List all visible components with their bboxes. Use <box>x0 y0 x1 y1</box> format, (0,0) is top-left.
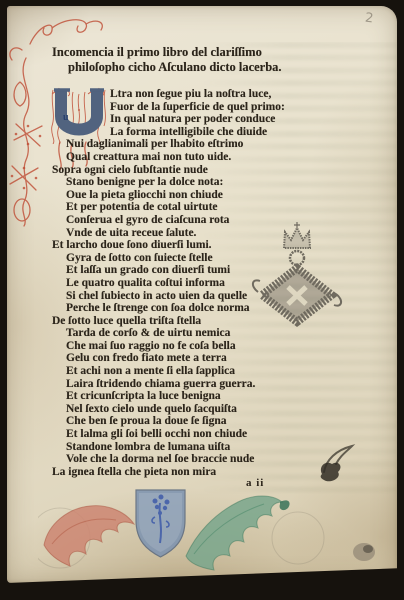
poem-line: Laira ſtridendo chiama guerra guerra. <box>52 378 285 391</box>
photo-background: 2 <box>0 0 404 600</box>
poem-line: Et cricunſcripta la luce benigna <box>52 390 285 403</box>
poem-line: Et per potentia de cotal uirtute <box>52 201 285 214</box>
poem-line: Standone lombra de lumana uiſta <box>52 441 285 454</box>
incipit-heading: Incomencia il primo libro del clariſſimo… <box>52 45 282 74</box>
poem-line: Et achi non a mente ſi ella ſapplica <box>52 365 285 378</box>
poem-line: In qual natura per poder conduce <box>52 113 285 126</box>
poem-line: Fuor de la ſuperficie de quel primo: <box>52 101 285 114</box>
incipit-line-1: Incomencia il primo libro del clariſſimo <box>52 45 282 60</box>
poem-line: Sopra ogni cielo ſubſtantie nude <box>52 164 285 177</box>
poem-line: Oue la pieta gliocchi non chiude <box>52 189 285 202</box>
book-page: 2 <box>7 6 397 583</box>
folio-number: 2 <box>364 11 374 27</box>
poem-line: Gelu con fredo fiato mete a terra <box>52 352 285 365</box>
library-stamp-icon <box>250 220 345 330</box>
ink-blot <box>316 438 358 486</box>
poem-line: La forma intelligibile che diuide <box>52 126 285 139</box>
poem-line: Ltra non ſegue piu la noſtra luce, <box>52 88 285 101</box>
gray-smudge <box>350 538 380 566</box>
poem-line: Nui daglianimali per lhabito eſtrimo <box>52 138 285 151</box>
poem-line: Qual creattura mai non tuto uide. <box>52 151 285 164</box>
incipit-line-2: philoſopho cicho Aſculano dicto lacerba. <box>52 60 282 75</box>
poem-line: Et lalma gli ſoi belli occhi non chiude <box>52 428 285 441</box>
poem-line: Vole che la dorma nel ſoe braccie nude <box>52 453 285 466</box>
poem-line: Che ben ſe proua la doue ſe ſigna <box>52 415 285 428</box>
poem-line: Che mai ſuo raggio no fe coſa bella <box>52 340 285 353</box>
poem-line: Nel ſexto cielo unde quelo ſacquiſta <box>52 403 285 416</box>
poem-line: Stano benigne per la dolce nota: <box>52 176 285 189</box>
